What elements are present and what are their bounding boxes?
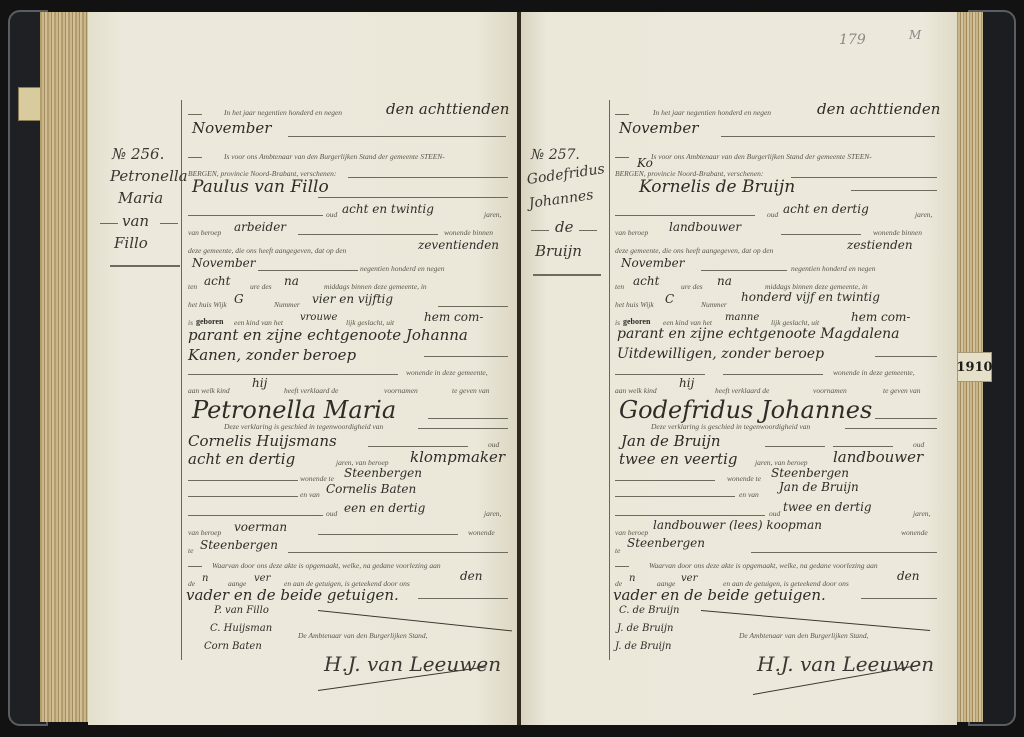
printed-jaren: jaren, <box>484 210 501 219</box>
fill-line <box>418 598 508 599</box>
fill-line <box>861 598 937 599</box>
margin-dash <box>100 223 118 224</box>
printed-oud: oud <box>767 210 778 219</box>
signature-father: P. van Fillo <box>214 605 269 616</box>
hand-hij: hij <box>679 376 694 390</box>
hand-witness-2-age: een en dertig <box>344 501 425 515</box>
right-page: 179 M № 257. Godefridus Johannes de Brui… <box>521 12 957 725</box>
printed-ten: ten <box>188 282 197 291</box>
folio-number: 179 <box>839 32 866 48</box>
printed-oud: oud <box>769 509 780 518</box>
printed-beroep: van beroep <box>188 228 221 237</box>
printed-wonende: wonende <box>901 528 928 537</box>
fill-line <box>298 234 438 235</box>
printed-te-geven: te geven van <box>883 386 920 395</box>
printed-waarvan: Waarvan door ons deze akte is opgemaakt,… <box>649 561 878 570</box>
signature-witness-2: Corn Baten <box>204 641 262 652</box>
margin-underline <box>533 274 601 276</box>
hand-birth-month: November <box>192 256 256 270</box>
margin-name-line-3: van <box>122 212 149 230</box>
hand-sex: vrouwe <box>300 312 337 323</box>
printed-geboren: geboren <box>623 317 650 326</box>
fill-line <box>875 418 937 419</box>
hand-birth-month: November <box>621 256 685 270</box>
fill-line <box>318 197 508 198</box>
fill-line <box>288 136 506 137</box>
printed-en-van: en van <box>300 490 320 499</box>
printed-middags: middags binnen deze gemeente, in <box>324 282 427 291</box>
printed-verklaring: Deze verklaring is geschied in tegenwoor… <box>651 422 810 431</box>
fill-line <box>188 374 398 375</box>
fill-line <box>781 234 861 235</box>
fill-line <box>424 356 508 357</box>
hand-correction: Ko <box>637 156 653 170</box>
margin-name-line-2: Johannes <box>528 187 595 212</box>
printed-ure: ure des <box>681 282 703 291</box>
fill-line <box>348 177 508 178</box>
printed-en-van: en van <box>739 490 759 499</box>
printed-beroep: van beroep <box>615 228 648 237</box>
printed-jaren: jaren, <box>915 210 932 219</box>
hand-witness-2: Jan de Bruijn <box>779 480 859 494</box>
fill-line <box>615 496 735 497</box>
hand-date: den achttienden <box>386 100 509 118</box>
lead-dash <box>188 157 202 158</box>
margin-name-line-4: Bruijn <box>535 242 582 260</box>
hand-hij: hij <box>252 376 267 390</box>
lead-dash <box>615 566 629 567</box>
printed-beroep: van beroep <box>188 528 221 537</box>
fill-line <box>438 306 508 307</box>
printed-line-3: Is voor ons Ambtenaar van den Burgerlijk… <box>224 152 445 161</box>
hand-declarant: Kornelis de Bruijn <box>639 177 795 197</box>
hand-witness-1-occupation: klompmaker <box>410 448 505 466</box>
hand-mother-name: Kanen, zonder beroep <box>188 346 356 364</box>
fill-line <box>318 534 458 535</box>
printed-te: te <box>188 546 193 555</box>
lead-dash <box>188 114 202 115</box>
spine-year-label: 1910 <box>957 352 992 382</box>
printed-oud: oud <box>326 509 337 518</box>
hand-house-number: vier en vijftig <box>312 292 393 306</box>
printed-line-9: negentien honderd en negen <box>791 264 876 273</box>
printed-jaren: jaren, <box>484 509 501 518</box>
hand-witness-1-residence: Steenbergen <box>771 466 849 480</box>
printed-wonende-gemeente: wonende in deze gemeente, <box>406 368 488 377</box>
printed-line-1: In het jaar negentien honderd en negen <box>653 108 771 117</box>
hand-occupation: landbouwer <box>669 220 741 234</box>
printed-jaren: jaren, <box>913 509 930 518</box>
hand-witness-2: Cornelis Baten <box>326 482 416 496</box>
printed-line-3: Is voor ons Ambtenaar van den Burgerlijk… <box>651 152 872 161</box>
printed-te-geven: te geven van <box>452 386 489 395</box>
printed-verklaard: heeft verklaard de <box>284 386 338 395</box>
hand-na: na <box>284 274 299 288</box>
hand-birth-day: zestienden <box>847 238 913 252</box>
hand-witness-2-residence: Steenbergen <box>627 536 705 550</box>
hand-signers-line: vader en de beide getuigen. <box>186 586 399 604</box>
hand-month: November <box>192 119 271 137</box>
hand-witness-2-occupation: landbouwer (lees) koopman <box>653 518 822 532</box>
fill-line <box>791 177 937 178</box>
fill-line <box>428 418 508 419</box>
record-number: № 257. <box>531 147 580 163</box>
hand-comparant: hem com- <box>424 310 483 324</box>
margin-name-line-4: Fillo <box>114 234 148 252</box>
hand-witness-1-occupation: landbouwer <box>833 448 923 466</box>
hand-birth-day: zeventienden <box>418 238 499 252</box>
hand-n: n <box>202 573 208 584</box>
hand-comparant: hem com- <box>851 310 910 324</box>
printed-te: te <box>615 546 620 555</box>
hand-date: den achttienden <box>817 100 940 118</box>
fill-line <box>833 446 893 447</box>
fill-line <box>615 374 705 375</box>
fill-line <box>851 190 937 191</box>
hand-den: den <box>460 569 483 583</box>
closing-stroke <box>701 610 930 631</box>
margin-name-line-1: Godefridus <box>526 161 606 188</box>
hand-na: na <box>717 274 732 288</box>
printed-line-1: In het jaar negentien honderd en negen <box>224 108 342 117</box>
hand-age: acht en dertig <box>783 202 869 216</box>
printed-line-9: negentien honderd en negen <box>360 264 445 273</box>
hand-mother-name: Uitdewilligen, zonder beroep <box>617 346 824 362</box>
fill-line <box>188 215 323 216</box>
printed-ure: ure des <box>250 282 272 291</box>
child-name: Petronella Maria <box>192 396 396 424</box>
hand-age: acht en twintig <box>342 202 434 216</box>
official-signature: H.J. van Leeuwen <box>757 652 934 676</box>
record-number: № 256. <box>112 145 164 163</box>
signature-witness-1: C. Huijsman <box>210 623 272 634</box>
hand-hour: acht <box>204 274 230 288</box>
lead-dash <box>615 157 629 158</box>
fill-line <box>288 552 508 553</box>
fill-line <box>751 552 937 553</box>
margin-rule <box>609 100 610 660</box>
margin-name-line-1: Petronella <box>110 167 188 185</box>
hand-witness-1: Cornelis Huijsmans <box>188 432 337 450</box>
fill-line <box>765 446 825 447</box>
margin-underline <box>110 265 180 267</box>
hand-ver: ver <box>681 573 697 584</box>
fill-line <box>723 374 823 375</box>
printed-ten: ten <box>615 282 624 291</box>
printed-nummer: Nummer <box>701 300 727 309</box>
hand-n: n <box>629 573 635 584</box>
hand-occupation: arbeider <box>234 220 286 234</box>
margin-name-line-2: Maria <box>118 189 163 207</box>
hand-mother-line: parant en zijne echtgenoote Johanna <box>188 326 468 344</box>
printed-wonende: wonende binnen <box>873 228 922 237</box>
lead-dash <box>615 114 629 115</box>
signature-witness-1: J. de Bruijn <box>617 623 673 634</box>
printed-line-8: deze gemeente, die ons heeft aangegeven,… <box>188 246 346 255</box>
closing-stroke <box>318 610 512 631</box>
printed-oud: oud <box>326 210 337 219</box>
printed-wijk: het huis Wijk <box>615 300 654 309</box>
signature-witness-2: J. de Bruijn <box>615 641 671 652</box>
printed-wonende-gemeente: wonende in deze gemeente, <box>833 368 915 377</box>
fill-line <box>615 215 755 216</box>
fill-line <box>188 480 298 481</box>
fill-line <box>188 515 323 516</box>
hand-witness-2-occupation: voerman <box>234 520 287 534</box>
margin-dash <box>531 230 549 231</box>
margin-dash <box>579 230 597 231</box>
official-signature: H.J. van Leeuwen <box>324 652 501 676</box>
hand-mother-line: parant en zijne echtgenoote Magdalena <box>617 326 899 342</box>
signature-father: C. de Bruijn <box>619 605 679 616</box>
hand-ver: ver <box>254 573 270 584</box>
margin-dash <box>160 223 178 224</box>
hand-witness-1-age: twee en veertig <box>619 450 738 468</box>
lead-dash <box>188 566 202 567</box>
hand-sex: manne <box>725 312 759 323</box>
fill-line <box>368 446 468 447</box>
printed-voornamen: voornamen <box>813 386 847 395</box>
fill-line <box>845 428 937 429</box>
official-label: De Ambtenaar van den Burgerlijken Stand, <box>739 631 869 640</box>
fill-line <box>188 496 298 497</box>
fill-line <box>258 270 358 271</box>
fill-line <box>701 270 787 271</box>
printed-wonende: wonende <box>468 528 495 537</box>
left-page: № 256. Petronella Maria van Fillo In het… <box>88 12 518 725</box>
printed-nummer: Nummer <box>274 300 300 309</box>
hand-month: November <box>619 119 698 137</box>
hand-den: den <box>897 569 920 583</box>
printed-verklaring: Deze verklaring is geschied in tegenwoor… <box>224 422 383 431</box>
hand-witness-1: Jan de Bruijn <box>621 432 721 450</box>
printed-verklaard: heeft verklaard de <box>715 386 769 395</box>
printed-line-8: deze gemeente, die ons heeft aangegeven,… <box>615 246 773 255</box>
fill-line <box>418 428 508 429</box>
printed-waarvan: Waarvan door ons deze akte is opgemaakt,… <box>212 561 441 570</box>
page-edges-left <box>40 12 90 722</box>
hand-wijk: C <box>665 292 674 306</box>
hand-witness-1-age: acht en dertig <box>188 450 295 468</box>
printed-aan-welk-kind: aan welk kind <box>615 386 657 395</box>
hand-witness-1-residence: Steenbergen <box>344 466 422 480</box>
hand-house-number: honderd vijf en twintig <box>741 290 880 304</box>
hand-signers-line: vader en de beide getuigen. <box>613 586 826 604</box>
hand-wijk: G <box>234 292 244 306</box>
margin-name-line-3: de <box>555 218 573 236</box>
printed-wonende-te: wonende te <box>727 474 761 483</box>
printed-voornamen: voornamen <box>384 386 418 395</box>
hand-witness-2-age: twee en dertig <box>783 500 872 514</box>
printed-wijk: het huis Wijk <box>188 300 227 309</box>
hand-witness-2-residence: Steenbergen <box>200 538 278 552</box>
printed-geboren: geboren <box>196 317 223 326</box>
fill-line <box>721 136 935 137</box>
fill-line <box>875 356 937 357</box>
folio-mark: M <box>909 28 921 42</box>
official-label: De Ambtenaar van den Burgerlijken Stand, <box>298 631 428 640</box>
hand-declarant: Paulus van Fillo <box>192 177 329 197</box>
printed-aan-welk-kind: aan welk kind <box>188 386 230 395</box>
printed-wonende: wonende binnen <box>444 228 493 237</box>
fill-line <box>615 480 715 481</box>
fill-line <box>615 515 765 516</box>
hand-hour: acht <box>633 274 659 288</box>
child-name: Godefridus Johannes <box>619 396 872 424</box>
